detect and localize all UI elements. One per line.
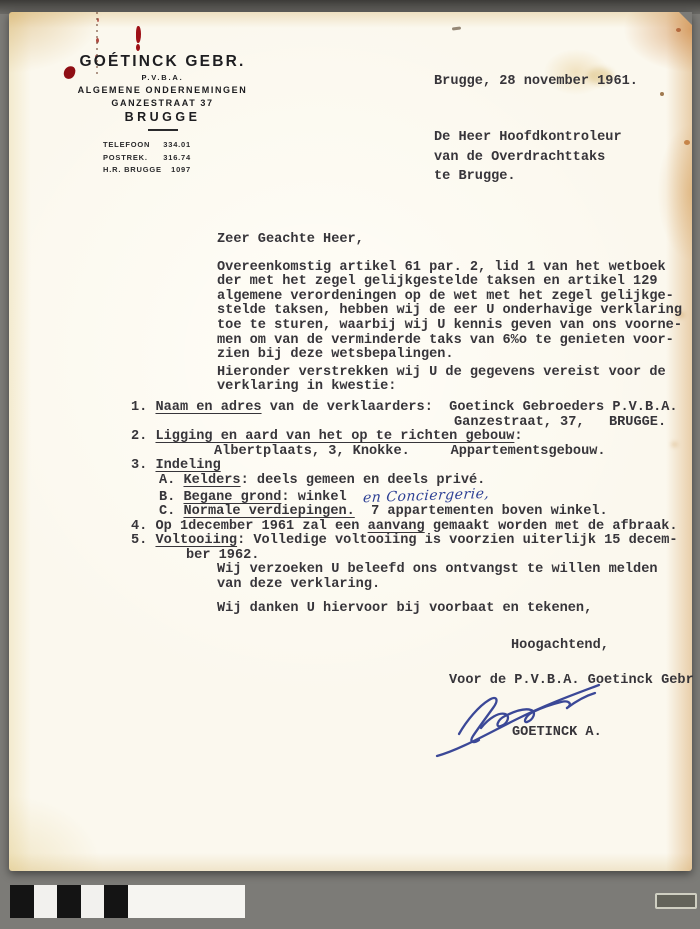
list-item-1: 1. Naam en adres van de verklaarders: Go…	[131, 401, 700, 416]
body-line: stelde taksen, hebben wij de eer U onder…	[217, 304, 700, 319]
letterhead-line: ALGEMENE ONDERNEMINGEN	[70, 85, 255, 95]
contact-label: H.R. BRUGGE	[103, 165, 162, 174]
contact-row: H.R. BRUGGE 1097	[103, 165, 191, 174]
underlined-text: Kelders	[183, 473, 240, 488]
scanned-letter-photo: GOÉTINCK GEBR. P.V.B.A. ALGEMENE ONDERNE…	[0, 0, 700, 929]
contact-label: TELEFOON	[103, 140, 150, 149]
paragraph-1: Overeenkomstig artikel 61 par. 2, lid 1 …	[131, 261, 700, 363]
scale-bar-segment	[34, 885, 58, 918]
item-text: :	[514, 429, 522, 444]
underlined-text: Naam en adres	[155, 400, 261, 415]
item-text: gemaakt worden met de afbraak.	[425, 519, 678, 534]
item-number: 4.	[131, 519, 155, 534]
paper-stain	[660, 92, 664, 96]
underlined-text: aanvang	[368, 519, 425, 534]
closing-paragraph-2: Wij danken U hiervoor bij voorbaat en te…	[217, 602, 700, 617]
letterhead: GOÉTINCK GEBR. P.V.B.A. ALGEMENE ONDERNE…	[70, 53, 255, 178]
clipped-corner	[679, 12, 692, 25]
recipient-line: De Heer Hoofdkontroleur	[434, 128, 622, 148]
body-line: Hieronder verstrekken wij U de gegevens …	[217, 366, 700, 381]
letterhead-contact: TELEFOON 334.01 POSTREK. 316.74 H.R. BRU…	[103, 140, 191, 174]
recipient-line: te Brugge.	[434, 167, 622, 187]
contact-label: POSTREK.	[103, 153, 148, 162]
list-item-2: 2. Ligging en aard van het op te richten…	[131, 430, 700, 445]
company-name: GOÉTINCK GEBR.	[70, 53, 255, 71]
underlined-text: Begane grond	[183, 490, 281, 505]
item-number: 5.	[131, 533, 155, 548]
item-letter: B.	[159, 490, 183, 505]
letterhead-address: GANZESTRAAT 37	[70, 98, 255, 108]
list-item-4: 4. Op 1december 1961 zal een aanvang gem…	[131, 520, 700, 535]
item-text: Op 1december 1961 zal een	[155, 519, 367, 534]
date-line: Brugge, 28 november 1961.	[434, 74, 638, 89]
paper-stain	[684, 140, 690, 145]
scan-reference-tag	[655, 893, 697, 909]
body-line: men om van de verminderde taks van 6%o t…	[217, 334, 700, 349]
body-line: algemene verordeningen op de wet met het…	[217, 290, 700, 305]
contact-value: 316.74	[163, 153, 191, 162]
contact-row: POSTREK. 316.74	[103, 153, 191, 162]
underlined-text: Ligging en aard van het op te richten ge…	[155, 429, 514, 444]
paper-stain	[676, 28, 681, 32]
item-letter: C.	[159, 504, 183, 519]
scale-bar-segment	[10, 885, 34, 918]
sub-item-b: B. Begane grond: winkelen Conciergerie,	[159, 489, 700, 506]
red-ink-drip	[136, 26, 141, 43]
item-number: 2.	[131, 429, 155, 444]
body-line: der met het zegel gelijkgestelde taksen …	[217, 275, 700, 290]
handwritten-annotation: en Conciergerie,	[362, 486, 489, 505]
scale-bar-segment	[104, 885, 128, 918]
contact-value: 1097	[171, 165, 191, 174]
item-text: : deels gemeen en deels privé.	[241, 473, 486, 488]
recipient-block: De Heer Hoofdkontroleur van de Overdrach…	[434, 128, 622, 187]
item-number: 1.	[131, 400, 155, 415]
body-line: toe te sturen, waarbij wij U kennis geve…	[217, 319, 700, 334]
sub-item-c: C. Normale verdiepingen. 7 appartementen…	[159, 505, 700, 520]
body-line: van deze verklaring.	[217, 578, 700, 593]
scale-bar-segment	[81, 885, 105, 918]
item-number: 3.	[131, 458, 155, 473]
list-item-2-continuation: Albertplaats, 3, Knokke. Appartementsgeb…	[214, 445, 700, 460]
body-line: Overeenkomstig artikel 61 par. 2, lid 1 …	[217, 261, 700, 276]
list-item-3: 3. Indeling	[131, 459, 700, 474]
valediction: Hoogachtend,	[511, 639, 700, 654]
legal-form: P.V.B.A.	[70, 73, 255, 82]
photo-scale-bar	[10, 885, 245, 918]
underlined-text: Voltooiing	[155, 533, 237, 548]
salutation: Zeer Geachte Heer,	[217, 233, 700, 248]
closing-paragraph-1: Wij verzoeken U beleefd ons ontvangst te…	[131, 563, 700, 592]
body-line: Wij verzoeken U beleefd ons ontvangst te…	[217, 563, 700, 578]
letterhead-city: BRUGGE	[70, 110, 255, 124]
contact-row: TELEFOON 334.01	[103, 140, 191, 149]
list-item-1-continuation: Ganzestraat, 37, BRUGGE.	[454, 416, 700, 431]
list-item-5: 5. Voltooiing: Volledige voltooiing is v…	[131, 534, 700, 549]
item-text: 7 appartementen boven winkel.	[355, 504, 608, 519]
paragraph-2: Hieronder verstrekken wij U de gegevens …	[131, 366, 700, 395]
recipient-line: van de Overdrachttaks	[434, 148, 622, 168]
item-text: : Volledige voltooiing is voorzien uiter…	[237, 533, 678, 548]
underlined-text: Normale verdiepingen.	[183, 504, 354, 519]
item-text: : winkel	[281, 490, 346, 505]
list-item-5-continuation: ber 1962.	[186, 549, 700, 564]
contact-value: 334.01	[163, 140, 191, 149]
letter-paper: GOÉTINCK GEBR. P.V.B.A. ALGEMENE ONDERNE…	[9, 12, 692, 871]
letter-body: Zeer Geachte Heer, Overeenkomstig artike…	[131, 233, 700, 688]
letterhead-divider	[148, 129, 178, 131]
signed-name: GOETINCK A.	[512, 725, 602, 740]
signature-ink	[429, 676, 607, 764]
body-line: verklaring in kwestie:	[217, 380, 700, 395]
sub-item-a: A. Kelders: deels gemeen en deels privé.	[159, 474, 700, 489]
numbered-list: 1. Naam en adres van de verklaarders: Go…	[131, 401, 700, 564]
underlined-text: Indeling	[155, 458, 220, 473]
pencil-mark	[452, 26, 461, 30]
item-text: van de verklaarders: Goetinck Gebroeders…	[262, 400, 678, 415]
scale-bar-blank	[128, 885, 245, 918]
item-letter: A.	[159, 473, 183, 488]
scale-bar-segment	[57, 885, 81, 918]
body-line: zien bij deze wetsbepalingen.	[217, 348, 700, 363]
